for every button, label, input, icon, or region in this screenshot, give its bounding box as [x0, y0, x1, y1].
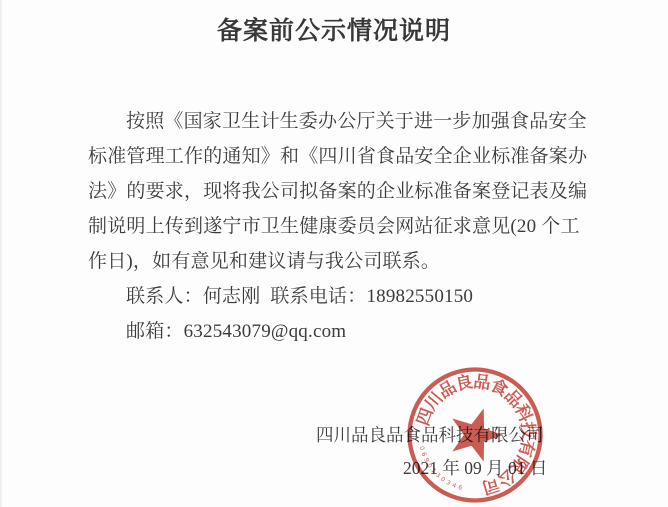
contact-person-label: 联系人：: [126, 286, 203, 307]
contact-email-value: 632543079@qq.com: [184, 321, 347, 342]
svg-text:6: 6: [457, 484, 463, 492]
paragraph-line-5: 作日)，如有意见和建议请与我公司联系。: [88, 244, 598, 279]
svg-text:3: 3: [445, 479, 452, 487]
signature-company-name: 四川品良品食品科技有限公司: [316, 422, 544, 447]
document-body: 按照《国家卫生计生委办公厅关于进一步加强食品安全 标准管理工作的通知》和《四川省…: [88, 104, 598, 349]
email-line: 邮箱：632543079@qq.com: [88, 314, 598, 349]
paragraph-line-2: 标准管理工作的通知》和《四川省食品安全企业标准备案办: [88, 139, 598, 174]
signature-date: 2021 年 09 月 01 日: [403, 455, 547, 480]
svg-text:品: 品: [472, 372, 491, 393]
contact-person-value: 何志刚: [203, 286, 261, 307]
svg-text:川: 川: [421, 389, 446, 414]
svg-text:良: 良: [454, 371, 475, 394]
svg-text:4: 4: [451, 482, 457, 490]
paragraph-line-4: 制说明上传到遂宁市卫生健康委员会网站征求意见(20 个工: [88, 209, 598, 244]
svg-text:品: 品: [501, 386, 526, 411]
contact-line: 联系人：何志刚联系电话：18982550150: [88, 279, 598, 314]
svg-text:品: 品: [435, 377, 459, 402]
paragraph-line-3: 法》的要求，现将我公司拟备案的企业标准备案登记表及编: [88, 174, 598, 209]
paragraph-line-1: 按照《国家卫生计生委办公厅关于进一步加强食品安全: [88, 104, 598, 139]
contact-phone-value: 18982550150: [366, 286, 473, 307]
scanned-document-page: 备案前公示情况说明 按照《国家卫生计生委办公厅关于进一步加强食品安全 标准管理工…: [0, 0, 668, 507]
contact-phone-label: 联系电话：: [270, 286, 366, 307]
svg-text:食: 食: [487, 375, 511, 401]
contact-email-label: 邮箱：: [126, 321, 184, 342]
document-title: 备案前公示情况说明: [0, 11, 668, 47]
